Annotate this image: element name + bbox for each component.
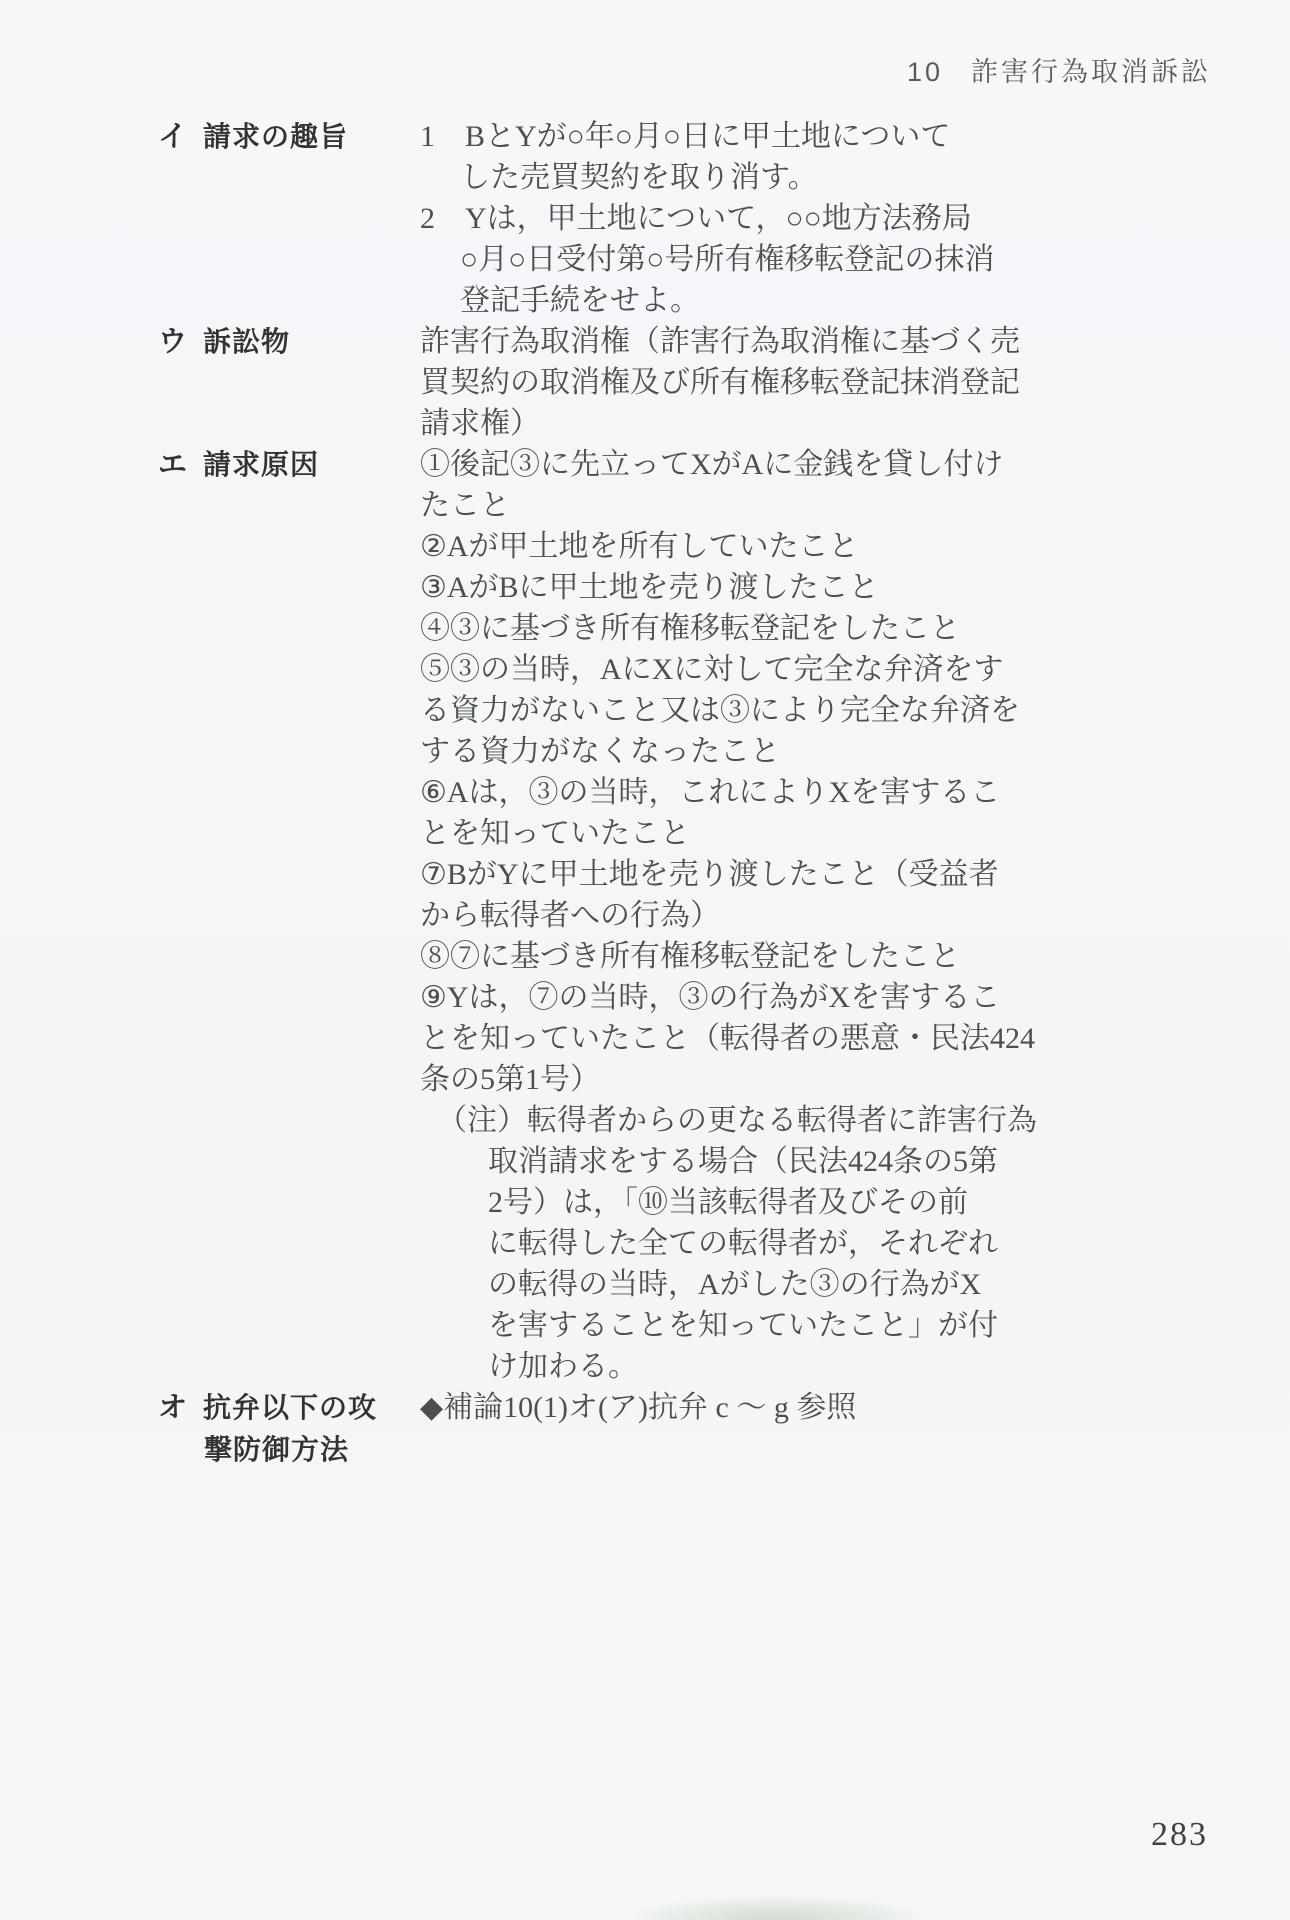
outline-content: イ請求の趣旨 1 BとYが○年○月○日に甲土地について した売買契約を取り消す。… — [158, 116, 1208, 1470]
text-line: たこと — [420, 485, 1070, 526]
section-label-text: 抗弁以下の攻 — [203, 1392, 377, 1423]
scan-smudge — [635, 1897, 920, 1920]
section-label: エ請求原因 — [158, 444, 420, 486]
section-body: 1 BとYが○年○月○日に甲土地について した売買契約を取り消す。 2 Yは，甲… — [420, 116, 1070, 321]
note-line: け加わる。 — [420, 1346, 1070, 1387]
text-line: 買契約の取消権及び所有権移転登記抹消登記 — [420, 362, 1070, 403]
note-line: 取消請求をする場合（民法424条の5第 — [420, 1141, 1070, 1182]
text-line: ⑧⑦に基づき所有権移転登記をしたこと — [420, 936, 1070, 977]
text-line: 登記手続をせよ。 — [420, 280, 1070, 321]
text-line: 詐害行為取消権（詐害行為取消権に基づく売 — [420, 321, 1070, 362]
section-kana: オ — [158, 1388, 187, 1429]
text-line: 2 Yは，甲土地について，○○地方法務局 — [420, 198, 1070, 239]
running-head: 10 詐害行為取消訴訟 — [907, 50, 1211, 89]
book-page: 10 詐害行為取消訴訟 イ請求の趣旨 1 BとYが○年○月○日に甲土地について … — [0, 0, 1290, 1920]
note-line: に転得した全ての転得者が，それぞれ — [420, 1223, 1070, 1264]
text-line: する資力がなくなったこと — [420, 731, 1070, 772]
section-body: 詐害行為取消権（詐害行為取消権に基づく売 買契約の取消権及び所有権移転登記抹消登… — [420, 321, 1070, 444]
section-label-text: 訴訟物 — [203, 326, 290, 357]
cross-reference-line: ◆補論10(1)オ(ア)抗弁 c ～ g 参照 — [420, 1387, 1070, 1428]
section-kana: ウ — [158, 322, 187, 363]
text-line: ⑦BがYに甲土地を売り渡したこと（受益者 — [420, 854, 1070, 895]
section-label-text-wrap: 撃防御方法 — [158, 1429, 420, 1470]
text-line: ①後記③に先立ってXがAに金銭を貸し付け — [420, 444, 1070, 485]
text-line: ⑨Yは，⑦の当時，③の行為がXを害するこ — [420, 977, 1070, 1018]
text-line: とを知っていたこと（転得者の悪意・民法424 — [420, 1018, 1070, 1059]
section-cause-of-claim: エ請求原因 ①後記③に先立ってXがAに金銭を貸し付け たこと ②Aが甲土地を所有… — [158, 444, 1208, 1387]
text-line: 条の5第1号） — [420, 1059, 1070, 1100]
section-label-text: 請求原因 — [203, 449, 319, 480]
note-line: の転得の当時，Aがした③の行為がX — [420, 1264, 1070, 1305]
section-kana: イ — [158, 117, 187, 158]
section-label: オ抗弁以下の攻 撃防御方法 — [158, 1387, 420, 1470]
text-line: ○月○日受付第○号所有権移転登記の抹消 — [420, 239, 1070, 280]
note-line: を害することを知っていたこと」が付 — [420, 1305, 1070, 1346]
note-line: （注）転得者からの更なる転得者に詐害行為 — [420, 1100, 1070, 1141]
text-line: とを知っていたこと — [420, 813, 1070, 854]
section-claim-purpose: イ請求の趣旨 1 BとYが○年○月○日に甲土地について した売買契約を取り消す。… — [158, 116, 1208, 321]
text-line: 1 BとYが○年○月○日に甲土地について — [420, 116, 1070, 157]
text-line: ②Aが甲土地を所有していたこと — [420, 526, 1070, 567]
text-line: ⑤③の当時，AにXに対して完全な弁済をす — [420, 649, 1070, 690]
page-number: 283 — [1151, 1816, 1208, 1854]
note-line: 2号）は，「⑩当該転得者及びその前 — [420, 1182, 1070, 1223]
text-line: 請求権） — [420, 403, 1070, 444]
text-line: した売買契約を取り消す。 — [420, 157, 1070, 198]
section-body: ◆補論10(1)オ(ア)抗弁 c ～ g 参照 — [420, 1387, 1070, 1428]
text-line: ④③に基づき所有権移転登記をしたこと — [420, 608, 1070, 649]
chapter-number: 10 — [907, 57, 943, 88]
section-label: ウ訴訟物 — [158, 321, 420, 363]
text-line: ⑥Aは，③の当時，これによりXを害するこ — [420, 772, 1070, 813]
section-kana: エ — [158, 445, 187, 486]
section-body: ①後記③に先立ってXがAに金銭を貸し付け たこと ②Aが甲土地を所有していたこと… — [420, 444, 1070, 1387]
section-defenses: オ抗弁以下の攻 撃防御方法 ◆補論10(1)オ(ア)抗弁 c ～ g 参照 — [158, 1387, 1208, 1470]
note-block: （注）転得者からの更なる転得者に詐害行為 取消請求をする場合（民法424条の5第… — [420, 1100, 1070, 1387]
text-line: から転得者への行為） — [420, 895, 1070, 936]
text-line: ③AがBに甲土地を売り渡したこと — [420, 567, 1070, 608]
chapter-title: 詐害行為取消訴訟 — [971, 50, 1211, 89]
section-subject-of-suit: ウ訴訟物 詐害行為取消権（詐害行為取消権に基づく売 買契約の取消権及び所有権移転… — [158, 321, 1208, 444]
section-label-text: 請求の趣旨 — [203, 121, 348, 152]
text-line: る資力がないこと又は③により完全な弁済を — [420, 690, 1070, 731]
section-label: イ請求の趣旨 — [158, 116, 420, 158]
